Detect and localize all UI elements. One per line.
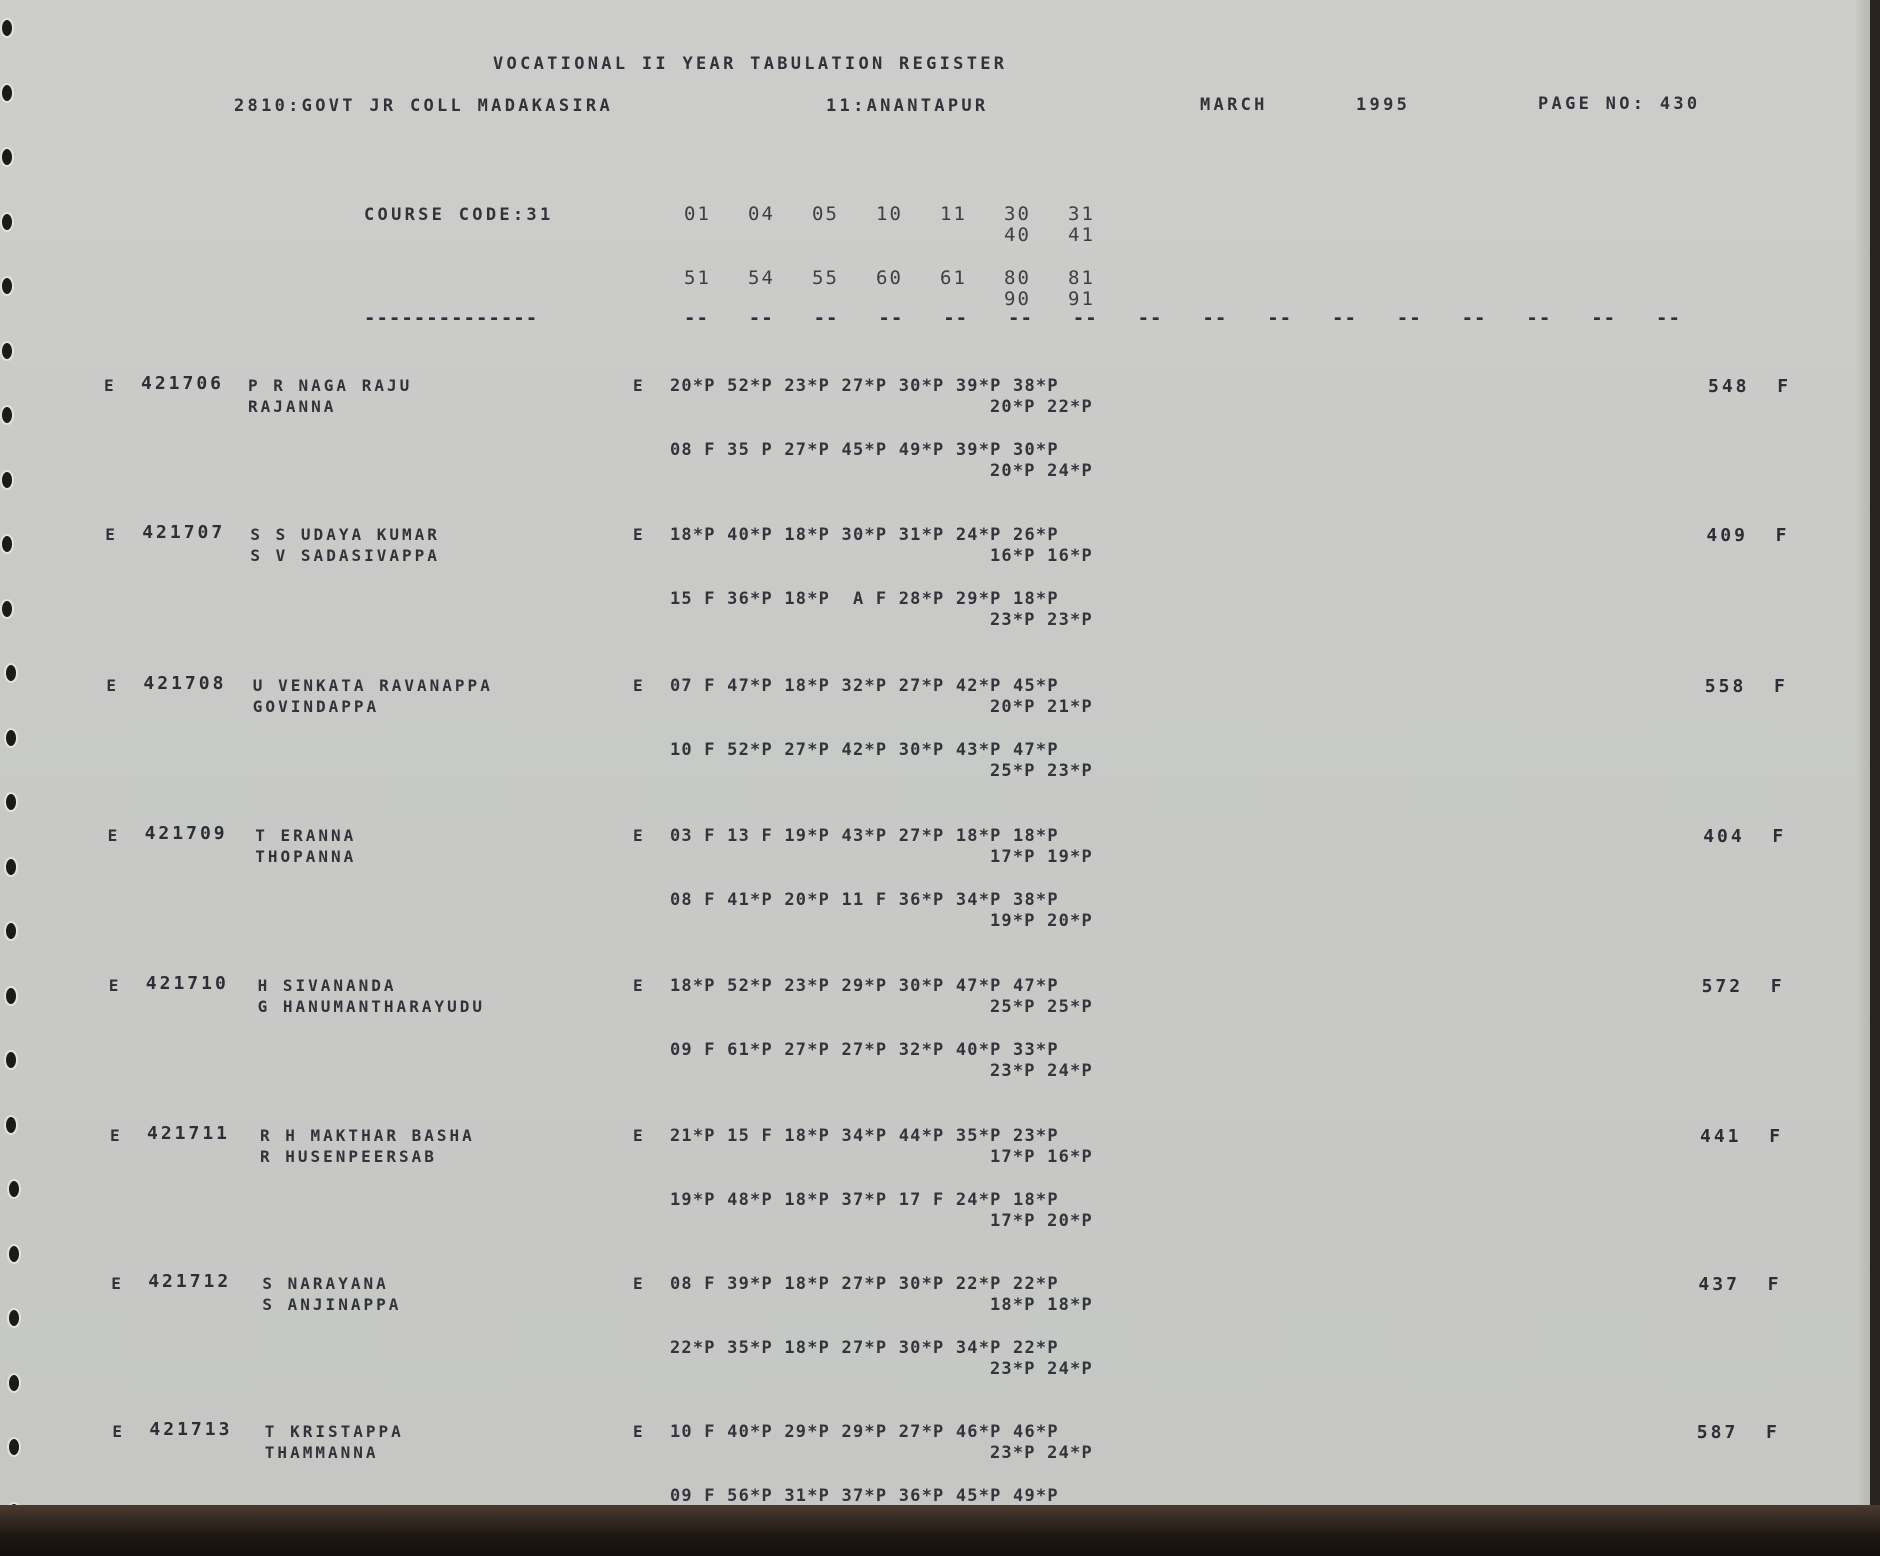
result-status: F <box>1768 1274 1782 1295</box>
medium-flag: E <box>633 1126 646 1146</box>
total-marks: 437 <box>1698 1274 1740 1295</box>
student-reg-no: 421707 <box>142 523 225 543</box>
marks-line-2-sub: 20*P 24*P <box>990 461 1093 481</box>
page-edge <box>1856 0 1870 1520</box>
total-marks: 441 <box>1700 1126 1742 1147</box>
result-status: F <box>1774 676 1788 697</box>
column-dash: -- <box>1332 308 1357 328</box>
marks-line-1: 18*P 52*P 23*P 29*P 30*P 47*P 47*P <box>670 976 1059 996</box>
medium-flag: E <box>633 976 646 996</box>
marks-line-1-sub: 23*P 24*P <box>990 1443 1093 1463</box>
column-dash: -- <box>1462 308 1487 328</box>
student-result: 404 F <box>1703 827 1786 847</box>
father-name: THOPANNA <box>255 847 356 867</box>
marks-line-2: 19*P 48*P 18*P 37*P 17 F 24*P 18*P <box>670 1190 1059 1210</box>
student-flag: E <box>108 826 121 846</box>
student-name: T KRISTAPPA <box>265 1422 404 1442</box>
marks-line-1-sub: 20*P 21*P <box>990 697 1093 717</box>
subject-code: 11 <box>940 204 967 224</box>
student-name: S S UDAYA KUMAR <box>250 525 440 545</box>
column-dash: -- <box>878 308 903 328</box>
binder-hole-icon <box>4 857 18 877</box>
student-name: U VENKATA RAVANAPPA <box>253 676 493 696</box>
column-dash: -- <box>1526 308 1551 328</box>
marks-line-1: 07 F 47*P 18*P 32*P 27*P 42*P 45*P <box>670 676 1059 696</box>
subject-code: 80 <box>1004 268 1031 288</box>
marks-line-2-sub: 17*P 20*P <box>990 1211 1093 1231</box>
medium-flag: E <box>633 1274 646 1294</box>
father-name: GOVINDAPPA <box>253 697 379 717</box>
register-page: VOCATIONAL II YEAR TABULATION REGISTER 2… <box>0 0 1870 1520</box>
total-marks: 404 <box>1703 826 1745 847</box>
father-name: S ANJINAPPA <box>262 1295 401 1315</box>
exam-month: MARCH <box>1200 95 1268 115</box>
marks-line-2-sub: 23*P 24*P <box>990 1359 1093 1379</box>
marks-line-2: 09 F 61*P 27*P 27*P 32*P 40*P 33*P <box>670 1040 1059 1060</box>
student-name: H SIVANANDA <box>258 976 397 996</box>
marks-line-1: 10 F 40*P 29*P 29*P 27*P 46*P 46*P <box>670 1422 1059 1442</box>
marks-line-1: 20*P 52*P 23*P 27*P 30*P 39*P 38*P <box>670 376 1059 396</box>
binder-hole-icon <box>4 663 18 683</box>
binder-hole-icon <box>0 405 14 425</box>
student-name: P R NAGA RAJU <box>248 376 412 396</box>
subject-code: 61 <box>940 268 967 288</box>
binder-hole-icon <box>7 1308 21 1328</box>
student-flag: E <box>110 1126 123 1146</box>
student-reg-no: 421710 <box>146 974 229 994</box>
column-dash: -- <box>684 308 709 328</box>
father-name: R HUSENPEERSAB <box>260 1147 437 1167</box>
marks-line-1-sub: 16*P 16*P <box>990 546 1093 566</box>
binder-hole-icon <box>0 147 14 167</box>
marks-line-1: 03 F 13 F 19*P 43*P 27*P 18*P 18*P <box>670 826 1059 846</box>
marks-line-1-sub: 18*P 18*P <box>990 1295 1093 1315</box>
marks-line-2: 09 F 56*P 31*P 37*P 36*P 45*P 49*P <box>670 1486 1059 1506</box>
subject-code: 60 <box>876 268 903 288</box>
student-flag: E <box>109 976 122 996</box>
subject-code: 01 <box>684 204 711 224</box>
subject-code: 04 <box>748 204 775 224</box>
total-marks: 572 <box>1702 976 1744 997</box>
column-dash: -- <box>1138 308 1163 328</box>
student-name: S NARAYANA <box>262 1274 388 1294</box>
marks-line-2-sub: 23*P 24*P <box>990 1061 1093 1081</box>
college-name: 2810:GOVT JR COLL MADAKASIRA <box>234 96 613 116</box>
binder-hole-icon <box>7 1179 21 1199</box>
column-dash: -- <box>1591 308 1616 328</box>
student-result: 558 F <box>1705 677 1788 697</box>
student-result: 587 F <box>1697 1423 1780 1443</box>
result-status: F <box>1771 976 1785 997</box>
student-name: T ERANNA <box>255 826 356 846</box>
subject-code: 51 <box>684 268 711 288</box>
binder-hole-icon <box>0 599 14 619</box>
marks-line-2: 08 F 41*P 20*P 11 F 36*P 34*P 38*P <box>670 890 1059 910</box>
student-reg-no: 421712 <box>148 1272 231 1292</box>
marks-line-1-sub: 17*P 16*P <box>990 1147 1093 1167</box>
student-result: 437 F <box>1698 1275 1781 1295</box>
column-dash: -- <box>1267 308 1292 328</box>
subject-code: 41 <box>1068 225 1095 245</box>
subject-code: 90 <box>1004 289 1031 309</box>
student-flag: E <box>112 1422 125 1442</box>
marks-line-1: 18*P 40*P 18*P 30*P 31*P 24*P 26*P <box>670 525 1059 545</box>
binder-hole-icon <box>7 1373 21 1393</box>
subject-code: 40 <box>1004 225 1031 245</box>
marks-line-1-sub: 20*P 22*P <box>990 397 1093 417</box>
student-flag: E <box>104 376 117 396</box>
binder-hole-icon <box>4 728 18 748</box>
marks-line-2: 22*P 35*P 18*P 27*P 30*P 34*P 22*P <box>670 1338 1059 1358</box>
medium-flag: E <box>633 1422 646 1442</box>
binder-hole-icon <box>0 470 14 490</box>
binder-holes <box>0 0 30 1520</box>
binder-hole-icon <box>7 1437 21 1457</box>
column-dash: -- <box>1202 308 1227 328</box>
total-marks: 548 <box>1708 376 1750 397</box>
student-reg-no: 421709 <box>145 824 228 844</box>
binder-hole-icon <box>0 276 14 296</box>
marks-line-2-sub: 25*P 23*P <box>990 761 1093 781</box>
subject-code: 54 <box>748 268 775 288</box>
result-status: F <box>1777 376 1791 397</box>
column-dash: -- <box>1397 308 1422 328</box>
binder-hole-icon <box>0 83 14 103</box>
student-reg-no: 421713 <box>149 1420 232 1440</box>
student-flag: E <box>105 525 118 545</box>
medium-flag: E <box>633 376 646 396</box>
column-dash: -- <box>1073 308 1098 328</box>
subject-code: 30 <box>1004 204 1031 224</box>
binder-hole-icon <box>4 1050 18 1070</box>
marks-line-1: 21*P 15 F 18*P 34*P 44*P 35*P 23*P <box>670 1126 1059 1146</box>
column-dash: -- <box>749 308 774 328</box>
student-flag: E <box>106 676 119 696</box>
result-status: F <box>1769 1126 1783 1147</box>
subject-code: 10 <box>876 204 903 224</box>
subject-code: 81 <box>1068 268 1095 288</box>
student-reg-no: 421711 <box>147 1124 230 1144</box>
medium-flag: E <box>633 525 646 545</box>
page-no-label: PAGE NO: <box>1538 94 1646 114</box>
student-flag: E <box>111 1274 124 1294</box>
student-reg-no: 421706 <box>141 374 224 394</box>
page-no-value: 430 <box>1660 94 1701 114</box>
father-name: S V SADASIVAPPA <box>250 546 440 566</box>
subject-code: 91 <box>1068 289 1095 309</box>
marks-line-1-sub: 17*P 19*P <box>990 847 1093 867</box>
district-name: 11:ANANTAPUR <box>826 96 988 116</box>
father-name: THAMMANNA <box>265 1443 379 1463</box>
binder-hole-icon <box>0 341 14 361</box>
student-name: R H MAKTHAR BASHA <box>260 1126 475 1146</box>
course-code: COURSE CODE:31 <box>364 205 554 225</box>
father-name: RAJANNA <box>248 397 336 417</box>
student-reg-no: 421708 <box>143 674 226 694</box>
marks-line-2: 08 F 35 P 27*P 45*P 49*P 39*P 30*P <box>670 440 1059 460</box>
marks-line-2-sub: 19*P 20*P <box>990 911 1093 931</box>
marks-line-2-sub: 23*P 23*P <box>990 610 1093 630</box>
book-edge-shadow <box>0 1505 1880 1556</box>
exam-year: 1995 <box>1356 95 1410 115</box>
student-result: 572 F <box>1702 977 1785 997</box>
total-marks: 558 <box>1705 676 1747 697</box>
binder-hole-icon <box>4 986 18 1006</box>
result-status: F <box>1776 525 1790 546</box>
binder-hole-icon <box>4 921 18 941</box>
subject-code: 05 <box>812 204 839 224</box>
binder-hole-icon <box>4 1115 18 1135</box>
column-dash: -- <box>1656 308 1681 328</box>
total-marks: 587 <box>1697 1422 1739 1443</box>
student-result: 409 F <box>1706 526 1789 546</box>
column-dash: -- <box>943 308 968 328</box>
result-status: F <box>1772 826 1786 847</box>
column-dash: -- <box>1008 308 1033 328</box>
marks-line-1: 08 F 39*P 18*P 27*P 30*P 22*P 22*P <box>670 1274 1059 1294</box>
binder-hole-icon <box>4 792 18 812</box>
page-number-label: PAGE NO: 430 <box>1538 94 1700 114</box>
result-status: F <box>1766 1422 1780 1443</box>
total-marks: 409 <box>1706 525 1748 546</box>
father-name: G HANUMANTHARAYUDU <box>258 997 485 1017</box>
medium-flag: E <box>633 676 646 696</box>
binder-hole-icon <box>0 18 14 38</box>
subject-code: 31 <box>1068 204 1095 224</box>
column-dash: -- <box>814 308 839 328</box>
marks-line-1-sub: 25*P 25*P <box>990 997 1093 1017</box>
marks-line-2: 15 F 36*P 18*P A F 28*P 29*P 18*P <box>670 589 1059 609</box>
course-underline: -------------- <box>364 308 538 328</box>
marks-line-2: 10 F 52*P 27*P 42*P 30*P 43*P 47*P <box>670 740 1059 760</box>
register-title: VOCATIONAL II YEAR TABULATION REGISTER <box>493 54 1007 74</box>
student-result: 441 F <box>1700 1127 1783 1147</box>
binder-hole-icon <box>7 1244 21 1264</box>
student-result: 548 F <box>1708 377 1791 397</box>
binder-hole-icon <box>0 534 14 554</box>
medium-flag: E <box>633 826 646 846</box>
binder-hole-icon <box>0 212 14 232</box>
subject-code: 55 <box>812 268 839 288</box>
